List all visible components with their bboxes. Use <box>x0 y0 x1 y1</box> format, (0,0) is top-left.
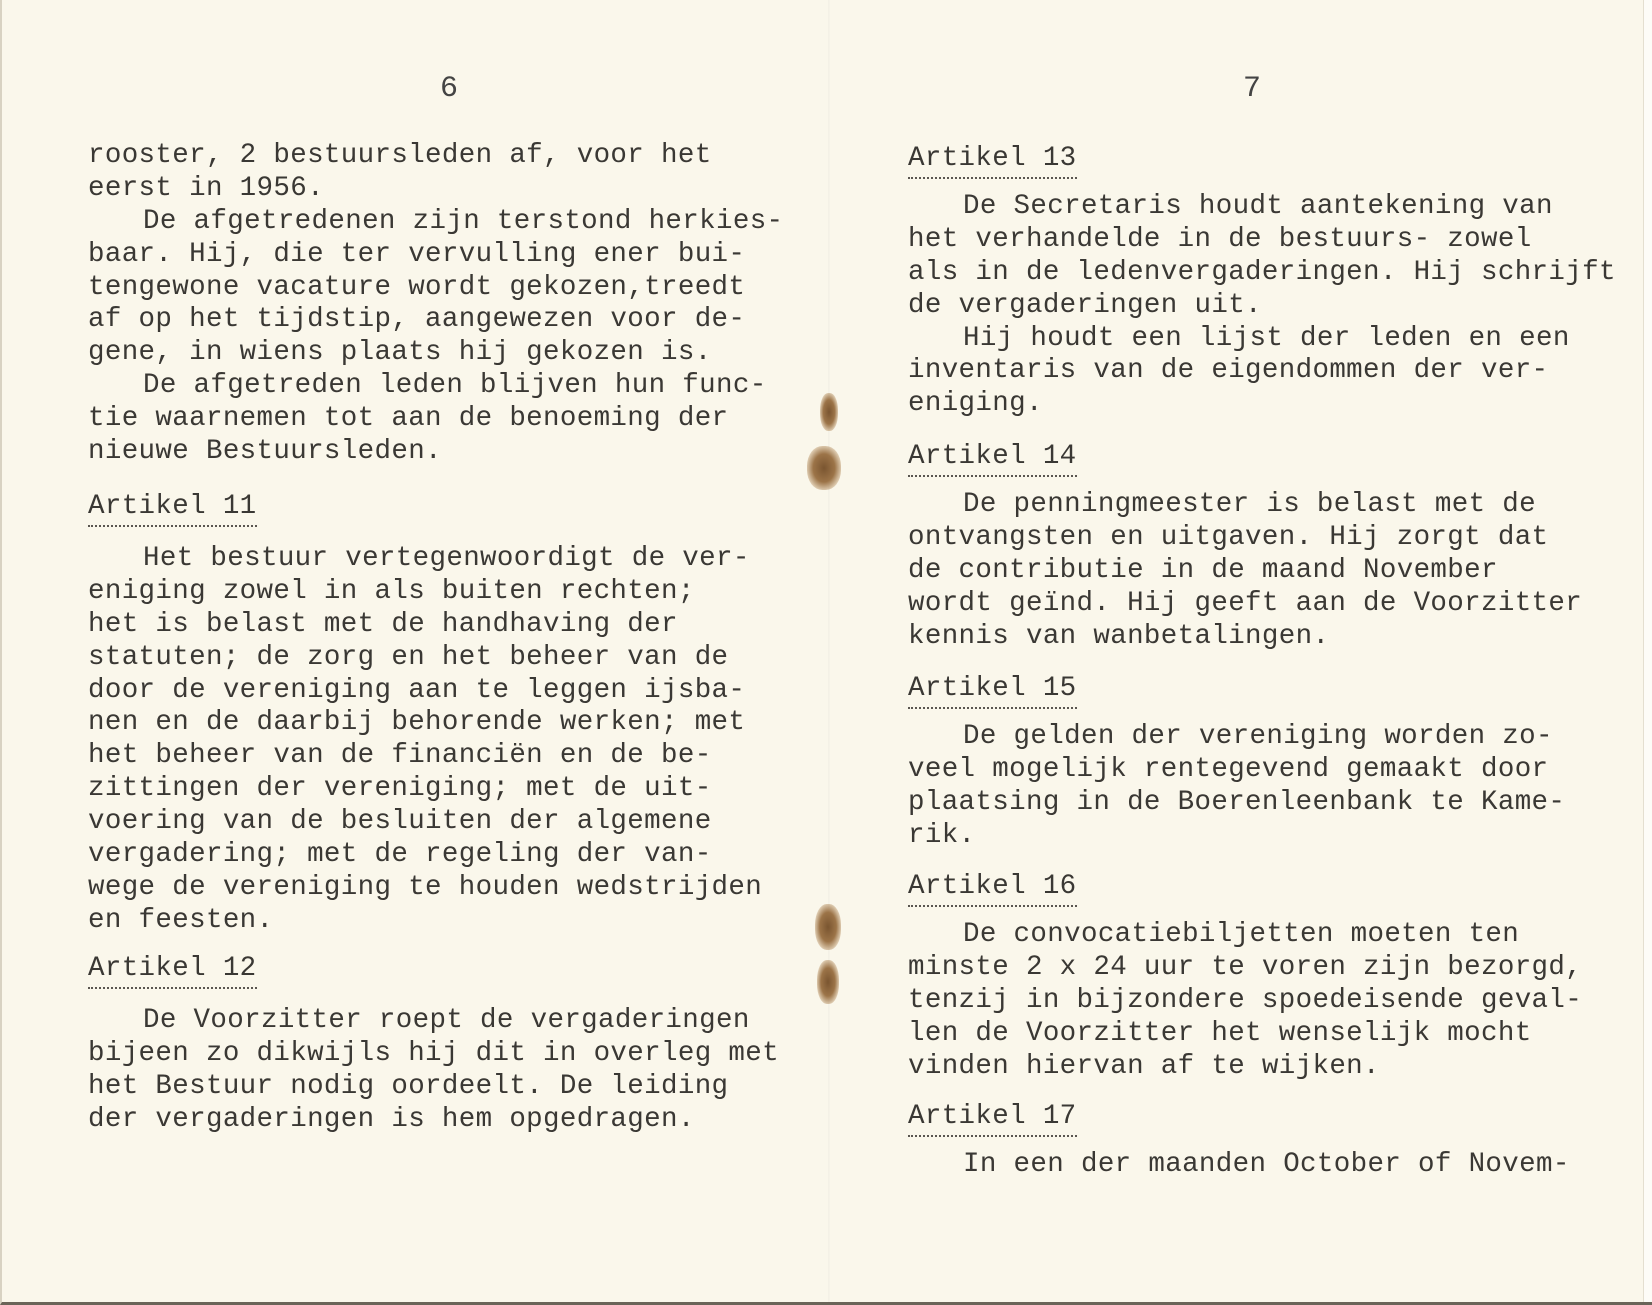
text-line: bijeen zo dikwijls hij dit in overleg me… <box>88 1038 788 1071</box>
text-line: nieuwe Bestuursleden. <box>88 436 788 469</box>
text-line: der vergaderingen is hem opgedragen. <box>88 1104 788 1137</box>
article-17: Artikel 17 In een der maanden October of… <box>908 1100 1628 1182</box>
staple-mark-bottom-upper <box>815 904 841 950</box>
text-line: statuten; de zorg en het beheer van de <box>88 642 788 675</box>
left-intro-text: rooster, 2 bestuursleden af, voor het ee… <box>88 140 788 469</box>
text-line: eniging zowel in als buiten rechten; <box>88 576 788 609</box>
article-heading: Artikel 12 <box>88 952 257 989</box>
text-line: vergadering; met de regeling der van- <box>88 839 788 872</box>
text-line: minste 2 x 24 uur te voren zijn bezorgd, <box>908 952 1628 985</box>
page-number: 7 <box>1243 72 1261 106</box>
text-line: De convocatiebiljetten moeten ten <box>908 919 1628 952</box>
text-line: De gelden der vereniging worden zo- <box>908 721 1628 754</box>
text-line: De Secretaris houdt aantekening van <box>908 191 1628 224</box>
text-line: De Voorzitter roept de vergaderingen <box>88 1005 788 1038</box>
text-line: eniging. <box>908 388 1628 421</box>
article-16: Artikel 16 De convocatiebiljetten moeten… <box>908 870 1628 1083</box>
text-line: baar. Hij, die ter vervulling ener bui- <box>88 239 788 272</box>
article-14: Artikel 14 De penningmeester is belast m… <box>908 440 1628 653</box>
text-line: tie waarnemen tot aan de benoeming der <box>88 403 788 436</box>
text-line: plaatsing in de Boerenleenbank te Kame- <box>908 787 1628 820</box>
text-line: eerst in 1956. <box>88 173 788 206</box>
text-line: het Bestuur nodig oordeelt. De leiding <box>88 1071 788 1104</box>
text-line: De penningmeester is belast met de <box>908 489 1628 522</box>
text-line: inventaris van de eigendommen der ver- <box>908 355 1628 388</box>
text-line: gene, in wiens plaats hij gekozen is. <box>88 337 788 370</box>
article-heading: Artikel 15 <box>908 672 1077 709</box>
text-line: het verhandelde in de bestuurs- zowel <box>908 224 1628 257</box>
center-fold <box>828 0 830 1302</box>
text-line: de vergaderingen uit. <box>908 290 1628 323</box>
article-heading: Artikel 11 <box>88 490 257 527</box>
text-line: len de Voorzitter het wenselijk mocht <box>908 1018 1628 1051</box>
text-line: tenzij in bijzondere spoedeisende geval- <box>908 985 1628 1018</box>
text-line: het beheer van de financiën en de be- <box>88 740 788 773</box>
text-line: De afgetreden leden blijven hun func- <box>88 370 788 403</box>
text-line: ontvangsten en uitgaven. Hij zorgt dat <box>908 522 1628 555</box>
text-line: wordt geïnd. Hij geeft aan de Voorzitter <box>908 588 1628 621</box>
page-number: 6 <box>440 72 458 106</box>
text-line: In een der maanden October of Novem- <box>908 1149 1628 1182</box>
text-line: tengewone vacature wordt gekozen,treedt <box>88 272 788 305</box>
text-line: de contributie in de maand November <box>908 555 1628 588</box>
article-15: Artikel 15 De gelden der vereniging word… <box>908 672 1628 853</box>
article-heading: Artikel 17 <box>908 1100 1077 1137</box>
text-line: rik. <box>908 820 1628 853</box>
article-11: Artikel 11 Het bestuur vertegenwoordigt … <box>88 490 788 938</box>
article-heading: Artikel 16 <box>908 870 1077 907</box>
text-line: en feesten. <box>88 905 788 938</box>
article-heading: Artikel 14 <box>908 440 1077 477</box>
text-line: De afgetredenen zijn terstond herkies- <box>88 206 788 239</box>
text-line: af op het tijdstip, aangewezen voor de- <box>88 304 788 337</box>
staple-mark-top-upper <box>820 393 838 431</box>
text-line: veel mogelijk rentegevend gemaakt door <box>908 754 1628 787</box>
text-line: nen en de daarbij behorende werken; met <box>88 707 788 740</box>
text-line: Hij houdt een lijst der leden en een <box>908 323 1628 356</box>
text-line: het is belast met de handhaving der <box>88 609 788 642</box>
staple-mark-top-lower <box>807 446 841 490</box>
article-heading: Artikel 13 <box>908 142 1077 179</box>
booklet-spread: 6 rooster, 2 bestuursleden af, voor het … <box>0 0 1652 1305</box>
article-13: Artikel 13 De Secretaris houdt aantekeni… <box>908 142 1628 421</box>
staple-mark-bottom-lower <box>817 960 839 1004</box>
text-line: zittingen der vereniging; met de uit- <box>88 773 788 806</box>
text-line: kennis van wanbetalingen. <box>908 621 1628 654</box>
text-line: als in de ledenvergaderingen. Hij schrij… <box>908 257 1628 290</box>
page-edge <box>1643 0 1652 1302</box>
text-line: door de vereniging aan te leggen ijsba- <box>88 675 788 708</box>
text-line: Het bestuur vertegenwoordigt de ver- <box>88 543 788 576</box>
text-line: vinden hiervan af te wijken. <box>908 1051 1628 1084</box>
text-line: voering van de besluiten der algemene <box>88 806 788 839</box>
text-line: rooster, 2 bestuursleden af, voor het <box>88 140 788 173</box>
article-12: Artikel 12 De Voorzitter roept de vergad… <box>88 952 788 1137</box>
text-line: wege de vereniging te houden wedstrijden <box>88 872 788 905</box>
